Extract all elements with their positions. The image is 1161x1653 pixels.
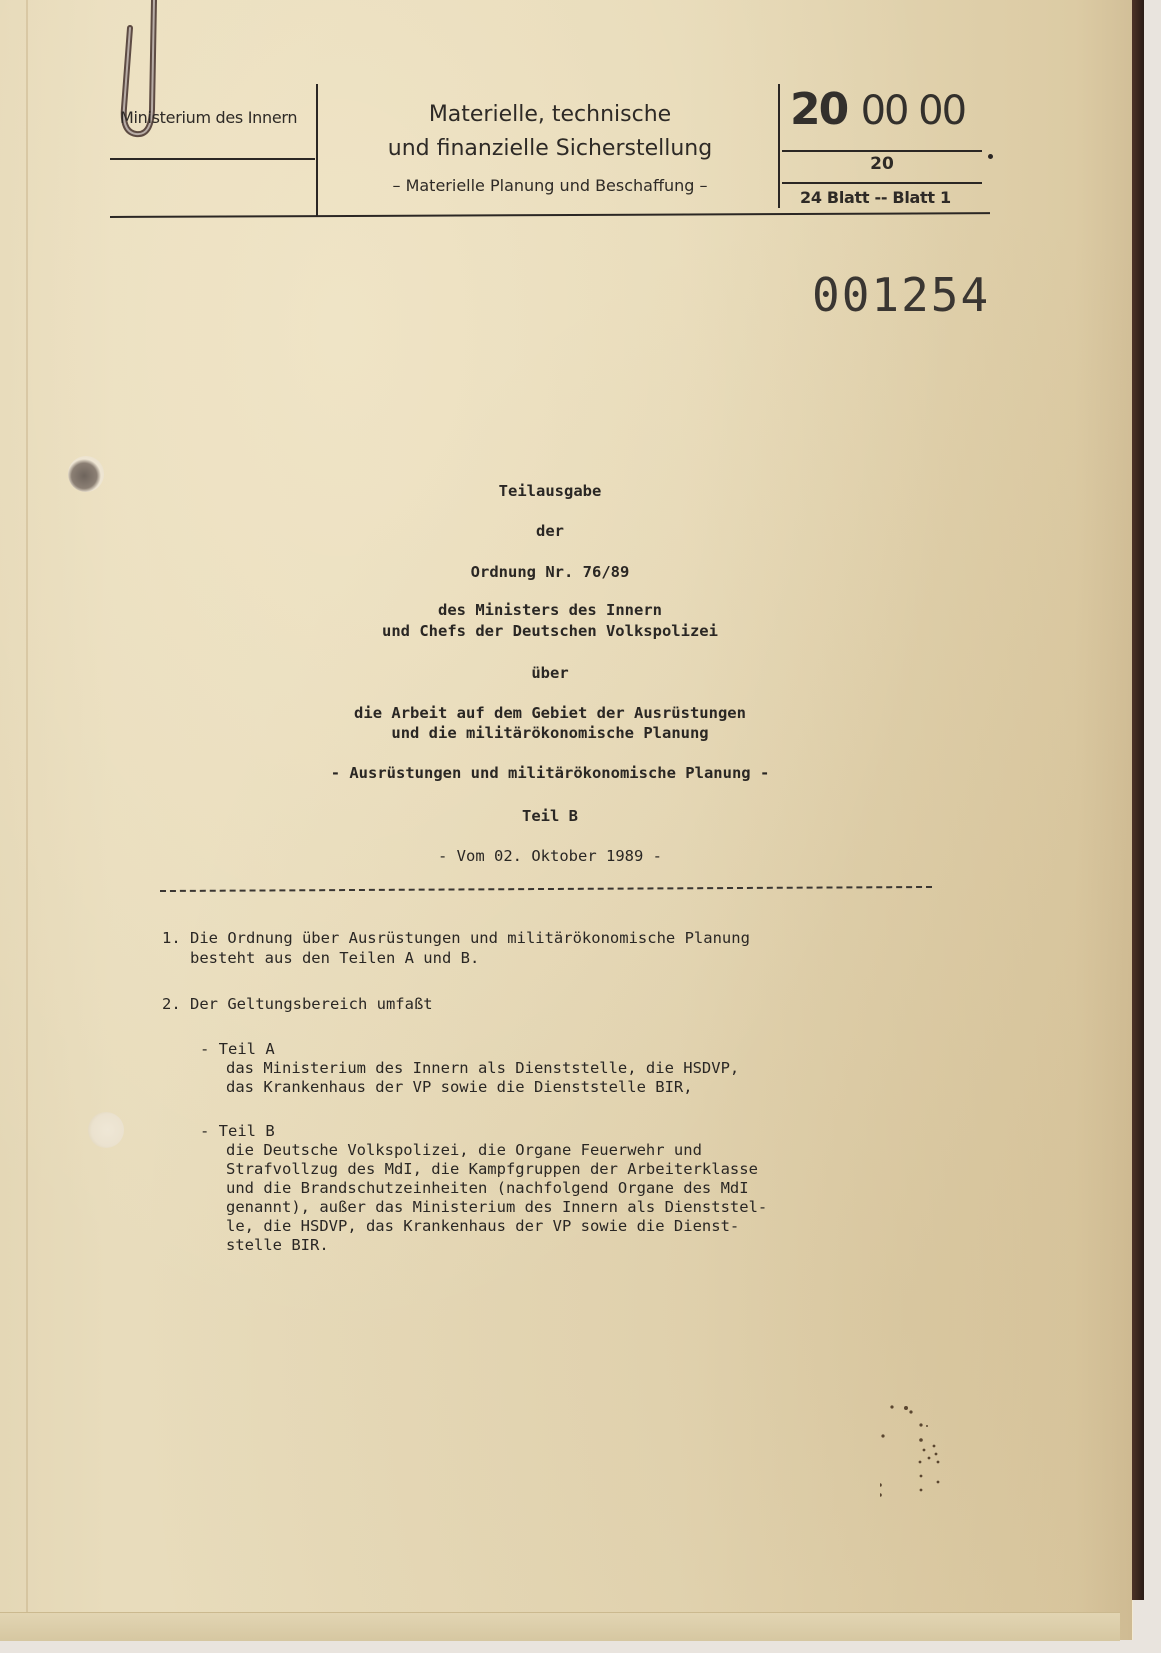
scope-teil-b: - Teil B die Deutsche Volkspolizei, die … (200, 1122, 767, 1255)
title-line: über (0, 664, 1100, 682)
code-rule (782, 150, 982, 152)
title-line: der (0, 522, 1100, 540)
form-header: Ministerium des Innern Materielle, techn… (110, 84, 990, 234)
classification-code: 20 00 00 (790, 84, 965, 135)
list-item-line: 2. Der Geltungsbereich umfaßt (162, 994, 433, 1014)
sheet-count: 24 Blatt -- Blatt 1 (800, 188, 951, 207)
page-stack-bottom (0, 1612, 1120, 1641)
header-title-line1: Materielle, technische (330, 98, 770, 132)
wormhole-marks-icon (880, 1390, 980, 1530)
dashed-separator (160, 886, 932, 892)
title-line: des Ministers des Innern (0, 601, 1100, 619)
ministry-underline (110, 158, 315, 160)
scope-line: stelle BIR. (200, 1236, 767, 1255)
scope-line: genannt), außer das Ministerium des Inne… (200, 1198, 767, 1217)
header-base-rule (110, 212, 990, 218)
ministry-label: Ministerium des Innern (120, 108, 297, 127)
list-item-line: besteht aus den Teilen A und B. (162, 948, 750, 968)
scope-teil-a: - Teil A das Ministerium des Innern als … (200, 1040, 739, 1097)
title-line: - Ausrüstungen und militärökonomische Pl… (0, 764, 1100, 782)
title-line: und die militärökonomische Planung (0, 724, 1100, 742)
page-stack-edge (1132, 0, 1144, 1600)
scope-line: die Deutsche Volkspolizei, die Organe Fe… (200, 1141, 767, 1160)
header-title: Materielle, technische und finanzielle S… (330, 98, 770, 166)
title-line: Teil B (0, 807, 1100, 825)
document-page: Ministerium des Innern Materielle, techn… (0, 0, 1133, 1640)
title-line: Ordnung Nr. 76/89 (0, 563, 1100, 581)
list-item: 1. Die Ordnung über Ausrüstungen und mil… (162, 928, 750, 968)
dot-mark (988, 154, 993, 159)
scope-line: Strafvollzug des MdI, die Kampfgruppen d… (200, 1160, 767, 1179)
title-line: die Arbeit auf dem Gebiet der Ausrüstung… (0, 704, 1100, 722)
scope-label: - Teil B (200, 1122, 767, 1141)
scope-line: le, die HSDVP, das Krankenhaus der VP so… (200, 1217, 767, 1236)
punch-hole-icon (88, 1112, 124, 1148)
scope-label: - Teil A (200, 1040, 739, 1059)
list-item: 2. Der Geltungsbereich umfaßt (162, 994, 433, 1014)
header-subtitle: – Materielle Planung und Beschaffung – (330, 176, 770, 195)
header-divider (316, 84, 318, 216)
scope-line: das Krankenhaus der VP sowie die Diensts… (200, 1078, 739, 1097)
scope-line: und die Brandschutzeinheiten (nachfolgen… (200, 1179, 767, 1198)
sub-code: 20 (782, 154, 982, 174)
scope-line: das Ministerium des Innern als Dienstste… (200, 1059, 739, 1078)
date-line: - Vom 02. Oktober 1989 - (0, 847, 1100, 865)
code-minor: 00 00 (861, 88, 966, 134)
code-major: 20 (790, 84, 847, 135)
title-line: und Chefs der Deutschen Volkspolizei (0, 622, 1100, 640)
title-line: Teilausgabe (0, 482, 1100, 500)
document-number: 001254 (812, 268, 990, 322)
code-rule (782, 182, 982, 184)
header-divider (778, 84, 780, 208)
list-item-line: 1. Die Ordnung über Ausrüstungen und mil… (162, 928, 750, 948)
header-title-line2: und finanzielle Sicherstellung (330, 132, 770, 166)
